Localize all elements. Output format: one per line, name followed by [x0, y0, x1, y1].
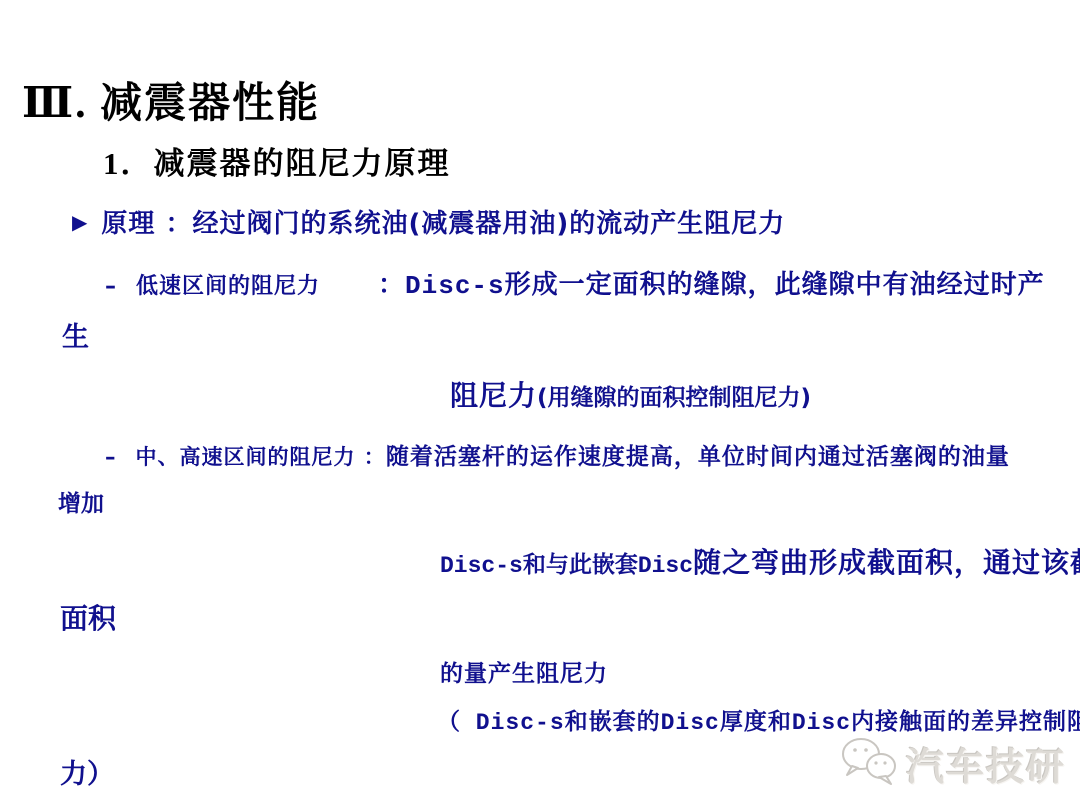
- bend-text: 随之弯曲形成截面积，通过该截: [693, 546, 1080, 579]
- triangle-bullet-icon: ▶: [72, 210, 87, 234]
- mid-high-line: –中、高速区间的阻尼力 ：随着活塞杆的运作速度提高，单位时间内通过活塞阀的油量: [105, 438, 1010, 471]
- low-speed-line: –低速区间的阻尼力：Disc-s形成一定面积的缝隙，此缝隙中有油经过时产: [105, 264, 1045, 301]
- dash-bullet: –: [105, 274, 116, 299]
- result-note: (用缝隙的面积控制阻尼力): [537, 385, 811, 411]
- low-speed-overflow: 生: [62, 315, 89, 354]
- dash-bullet: –: [105, 445, 116, 469]
- wechat-icon: [840, 735, 898, 791]
- control-note-overflow: 力）: [60, 752, 114, 791]
- low-speed-result-line: 阻尼力(用缝隙的面积控制阻尼力): [450, 374, 811, 414]
- result-text: 阻尼力: [450, 379, 537, 412]
- principle-line: ▶原理 ：经过阀门的系统油(减震器用油)的流动产生阻尼力: [72, 203, 785, 240]
- watermark: 汽车技研: [840, 735, 1066, 791]
- section-subtitle: 1．减震器的阻尼力原理: [103, 138, 451, 183]
- mid-high-desc: 随着活塞杆的运作速度提高，单位时间内通过活塞阀的油量: [386, 444, 1010, 470]
- bend-overflow: 面积: [60, 597, 116, 637]
- watermark-label: 汽车技研: [906, 736, 1066, 791]
- bend-line: Disc-s和与此嵌套Disc随之弯曲形成截面积，通过该截: [440, 541, 1080, 581]
- low-speed-label: 低速区间的阻尼力: [136, 274, 320, 299]
- page-title: Ⅲ. 减震器性能: [22, 70, 320, 130]
- mid-high-overflow: 增加: [58, 485, 104, 518]
- principle-text: 原理 ：经过阀门的系统油(减震器用油)的流动产生阻尼力: [101, 209, 785, 239]
- low-speed-desc: ：Disc-s形成一定面积的缝隙，此缝隙中有油经过时产: [378, 271, 1045, 301]
- bend-prefix: Disc-s和与此嵌套Disc: [440, 553, 693, 579]
- control-note-line: （ Disc-s和嵌套的Disc厚度和Disc内接触面的差异控制阻尼: [437, 703, 1080, 736]
- slide: Ⅲ. 减震器性能 1．减震器的阻尼力原理 ▶原理 ：经过阀门的系统油(减震器用油…: [0, 0, 1080, 810]
- amount-line: 的量产生阻尼力: [440, 655, 608, 688]
- mid-high-label: 中、高速区间的阻尼力 ：: [136, 445, 386, 469]
